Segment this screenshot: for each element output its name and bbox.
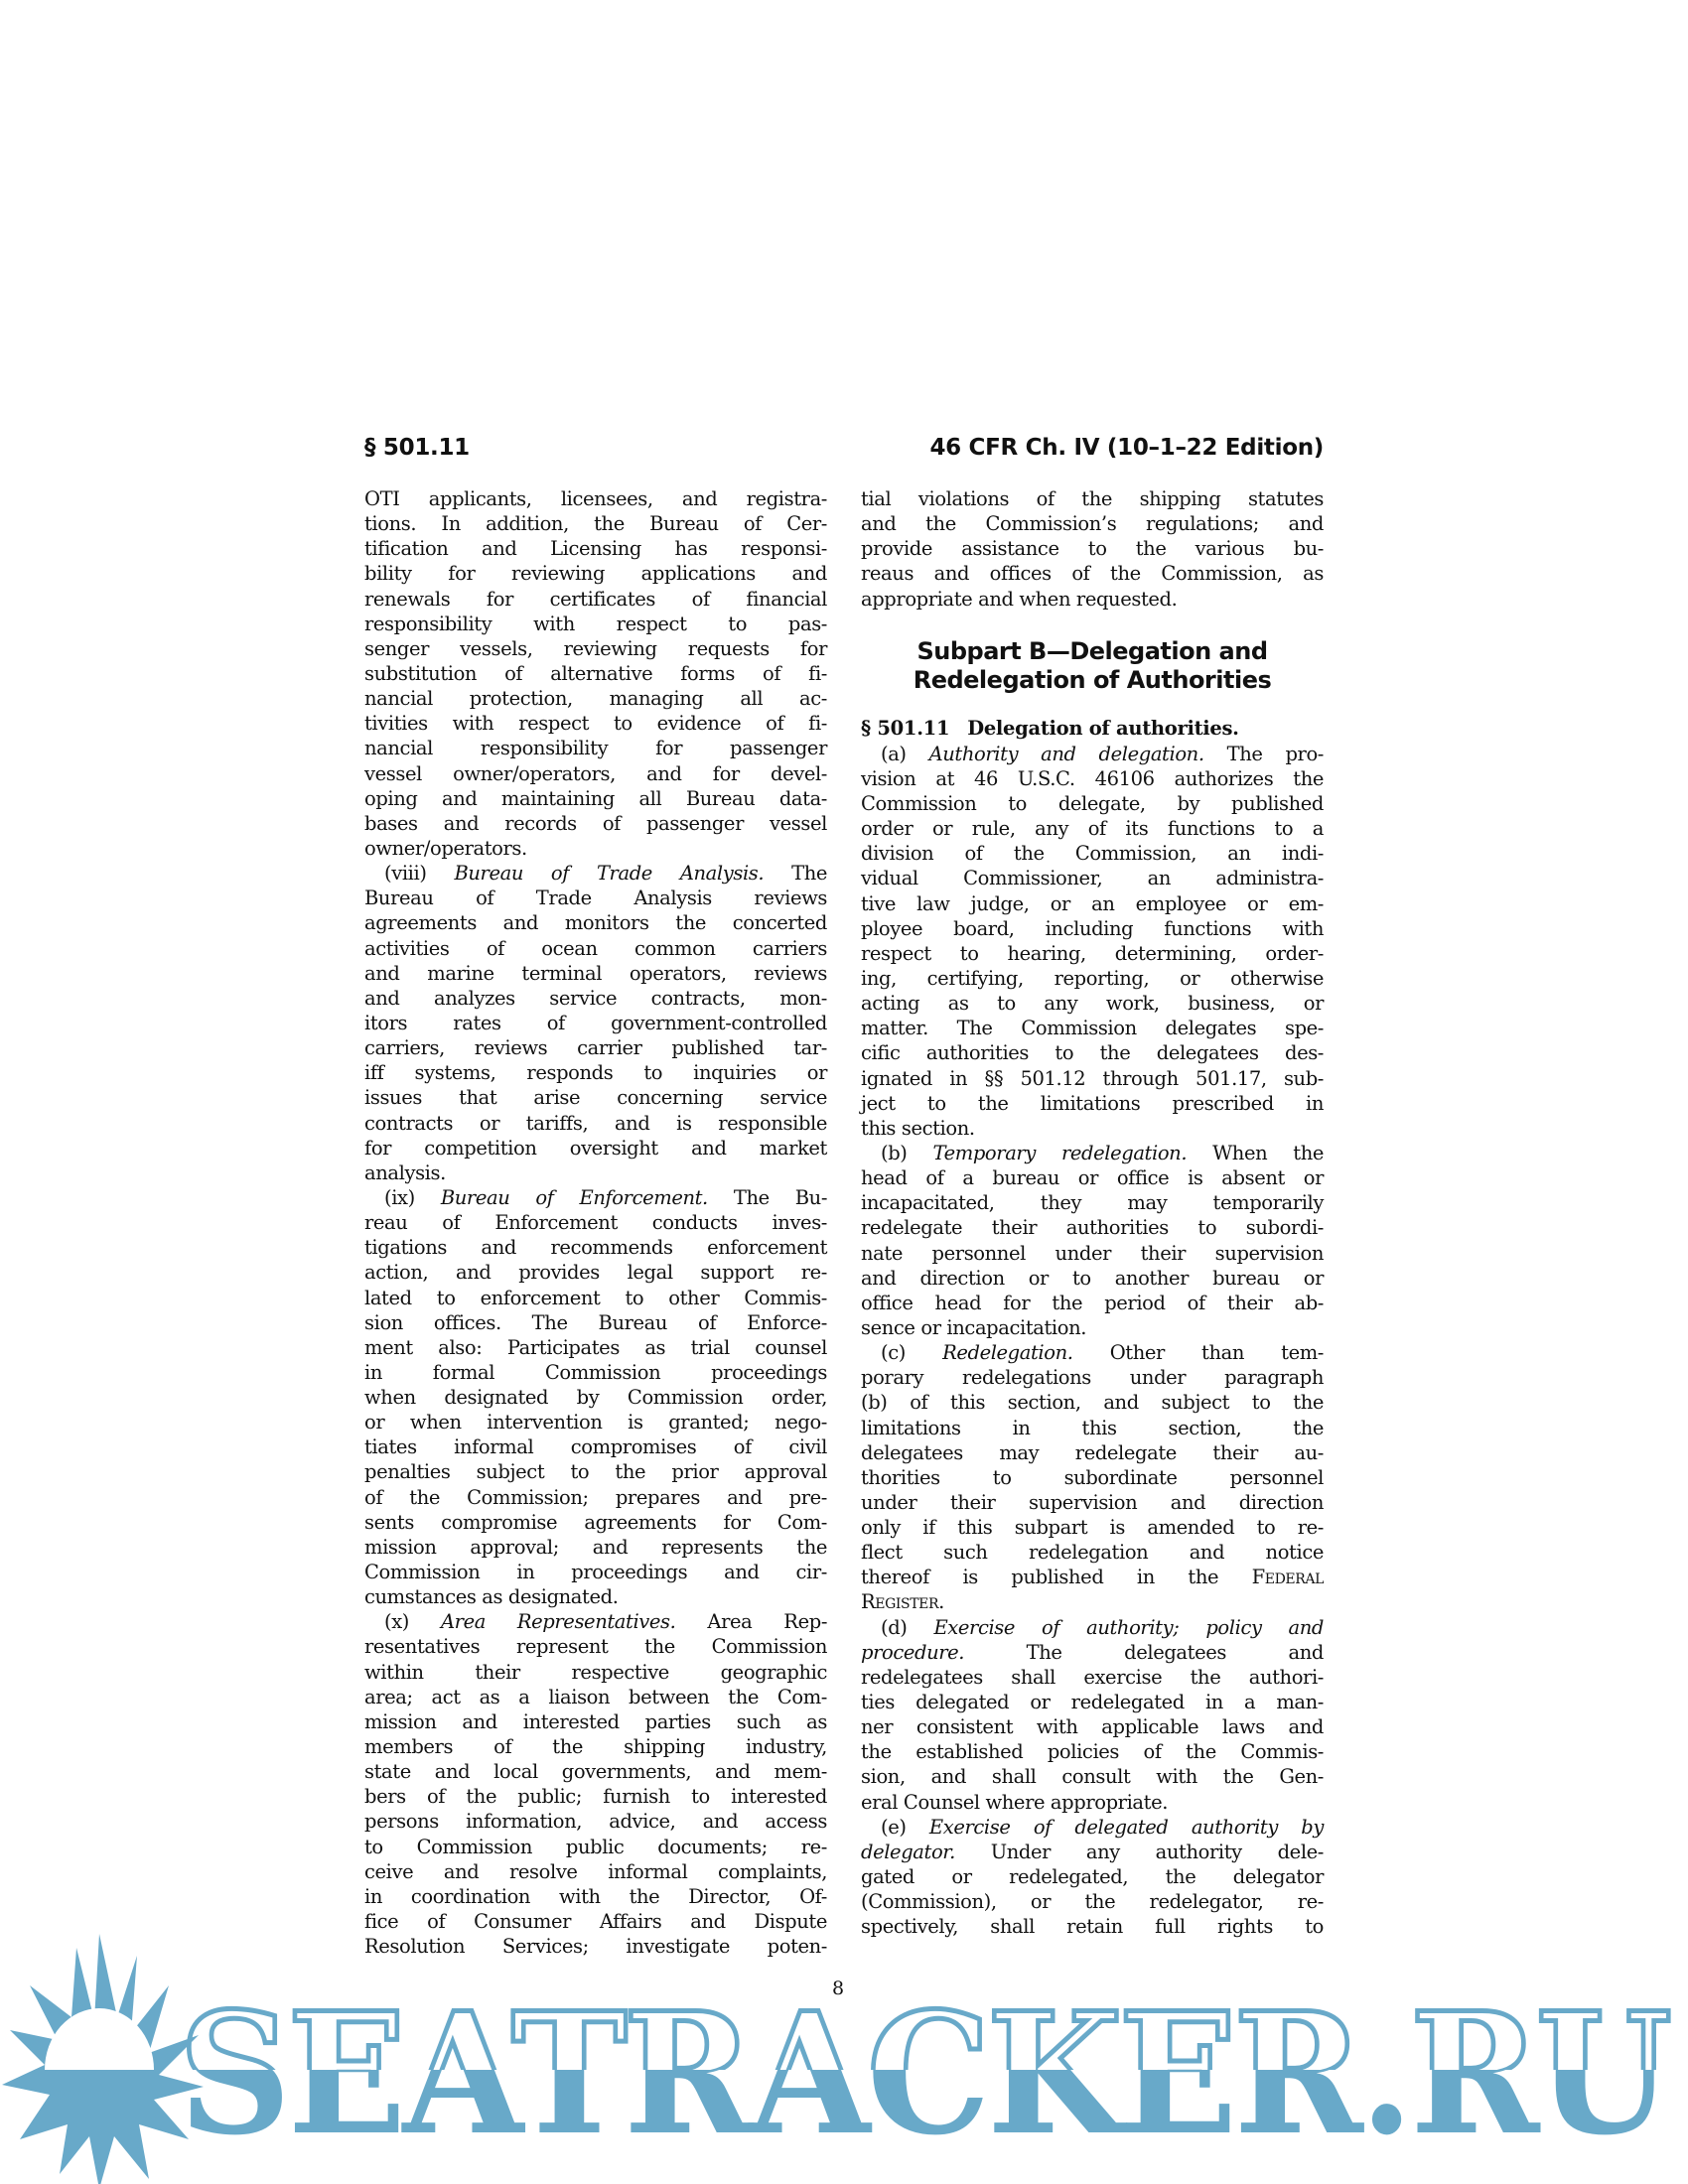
subpart-heading-line-1: Subpart B—Delegation and xyxy=(861,637,1324,666)
text-line: bility for reviewing applications and xyxy=(364,561,827,586)
line-text: acting as to any work, business, or xyxy=(861,992,1324,1015)
line-text: ment also: Participates as trial counsel xyxy=(364,1336,827,1359)
text-line: activities of ocean common carriers xyxy=(364,936,827,961)
line-text: iff systems, responds to inquiries or xyxy=(364,1061,827,1084)
line-text: delegatees may redelegate their au- xyxy=(861,1441,1324,1464)
line-text: and the Commission’s regulations; and xyxy=(861,512,1324,535)
text-line: flect such redelegation and notice xyxy=(861,1540,1324,1565)
text-line: members of the shipping industry, xyxy=(364,1734,827,1759)
text-line: tification and Licensing has responsi- xyxy=(364,536,827,561)
line-text: nancial protection, managing all ac- xyxy=(364,687,827,710)
text-line: incapacitated, they may temporarily xyxy=(861,1190,1324,1215)
line-text: bility for reviewing applications and xyxy=(364,562,827,585)
italic-heading: Authority and delegation. xyxy=(929,743,1204,765)
italic-heading: Bureau of Trade Analysis. xyxy=(454,862,764,885)
line-text: the established policies of the Commis- xyxy=(861,1740,1324,1763)
text-line: Register. xyxy=(861,1589,1324,1614)
text-line: vessel owner/operators, and for devel- xyxy=(364,761,827,786)
line-text: . xyxy=(938,1590,944,1613)
text-line: resentatives represent the Commission xyxy=(364,1634,827,1659)
line-text: reau of Enforcement conducts inves- xyxy=(364,1211,827,1234)
line-text: office head for the period of their ab- xyxy=(861,1292,1324,1314)
text-line: carriers, reviews carrier published tar- xyxy=(364,1035,827,1060)
line-text: (viii) xyxy=(384,862,454,885)
text-line: when designated by Commission order, xyxy=(364,1385,827,1410)
italic-heading: Temporary redelegation. xyxy=(933,1142,1188,1164)
italic-heading: Redelegation. xyxy=(942,1341,1073,1364)
text-line: ner consistent with applicable laws and xyxy=(861,1714,1324,1739)
text-line: (b) of this section, and subject to the xyxy=(861,1390,1324,1415)
text-line: state and local governments, and mem- xyxy=(364,1759,827,1784)
line-text: and marine terminal operators, reviews xyxy=(364,962,827,985)
line-text: (x) xyxy=(384,1610,441,1633)
small-caps-text: Federal xyxy=(1252,1566,1324,1588)
line-text: The pro- xyxy=(1204,743,1324,765)
text-line: within their respective geographic xyxy=(364,1660,827,1685)
line-text: sion, and shall consult with the Gen- xyxy=(861,1765,1324,1788)
line-text: senger vessels, reviewing requests for xyxy=(364,637,827,660)
text-line: (c) Redelegation. Other than tem- xyxy=(861,1340,1324,1365)
text-line: (d) Exercise of authority; policy and xyxy=(861,1615,1324,1640)
line-text: (c) xyxy=(881,1341,942,1364)
text-line: Commission in proceedings and cir- xyxy=(364,1560,827,1584)
line-text: redelegatees shall exercise the authori- xyxy=(861,1666,1324,1689)
line-text: analysis. xyxy=(364,1161,446,1184)
line-text: cific authorities to the delegatees des- xyxy=(861,1041,1324,1064)
line-text: and analyzes service contracts, mon- xyxy=(364,987,827,1010)
line-text: members of the shipping industry, xyxy=(364,1735,827,1758)
line-text: provide assistance to the various bu- xyxy=(861,537,1324,560)
text-line: bases and records of passenger vessel xyxy=(364,811,827,836)
line-text: (b) of this section, and subject to the xyxy=(861,1391,1324,1414)
line-text: When the xyxy=(1187,1142,1324,1164)
line-text: itors rates of government-controlled xyxy=(364,1012,827,1034)
line-text: head of a bureau or office is absent or xyxy=(861,1166,1324,1189)
text-line: office head for the period of their ab- xyxy=(861,1291,1324,1315)
text-line: contracts or tariffs, and is responsible xyxy=(364,1111,827,1136)
subpart-heading: Subpart B—Delegation and Redelegation of… xyxy=(861,637,1324,695)
text-line: in coordination with the Director, Of- xyxy=(364,1884,827,1909)
line-text: nancial responsibility for passenger xyxy=(364,737,827,759)
text-line: OTI applicants, licensees, and registra- xyxy=(364,486,827,511)
text-line: sion offices. The Bureau of Enforce- xyxy=(364,1310,827,1335)
text-line: provide assistance to the various bu- xyxy=(861,536,1324,561)
text-line: ployee board, including functions with xyxy=(861,916,1324,941)
line-text: sion offices. The Bureau of Enforce- xyxy=(364,1311,827,1334)
line-text: lated to enforcement to other Commis- xyxy=(364,1287,827,1309)
text-line: reaus and offices of the Commission, as xyxy=(861,561,1324,586)
line-text: cumstances as designated. xyxy=(364,1585,619,1608)
text-line: procedure. The delegatees and xyxy=(861,1640,1324,1665)
line-text: The delegatees and xyxy=(964,1641,1324,1664)
line-text: (b) xyxy=(881,1142,933,1164)
text-line: reau of Enforcement conducts inves- xyxy=(364,1210,827,1235)
line-text: agreements and monitors the concerted xyxy=(364,911,827,934)
text-line: ceive and resolve informal complaints, xyxy=(364,1859,827,1884)
text-line: tions. In addition, the Bureau of Cer- xyxy=(364,511,827,536)
line-text: The xyxy=(764,862,827,885)
text-line: delegator. Under any authority dele- xyxy=(861,1840,1324,1864)
line-text: area; act as a liaison between the Com- xyxy=(364,1686,827,1708)
document-page: § 501.11 46 CFR Ch. IV (10–1–22 Edition)… xyxy=(0,0,1688,2184)
text-line: thereof is published in the Federal xyxy=(861,1565,1324,1589)
running-head: § 501.11 46 CFR Ch. IV (10–1–22 Edition) xyxy=(364,435,1324,465)
text-line: ing, certifying, reporting, or otherwise xyxy=(861,966,1324,991)
text-line: oping and maintaining all Bureau data- xyxy=(364,786,827,811)
text-line: (viii) Bureau of Trade Analysis. The xyxy=(364,861,827,886)
text-line: vidual Commissioner, an administra- xyxy=(861,866,1324,890)
line-text: tification and Licensing has responsi- xyxy=(364,537,827,560)
text-line: sence or incapacitation. xyxy=(861,1315,1324,1340)
line-text: vidual Commissioner, an administra- xyxy=(861,867,1324,889)
line-text: gated or redelegated, the delegator xyxy=(861,1865,1324,1888)
section-heading: § 501.11Delegation of authorities. xyxy=(861,715,1324,742)
line-text: incapacitated, they may temporarily xyxy=(861,1191,1324,1214)
text-line: sents compromise agreements for Com- xyxy=(364,1510,827,1535)
line-text: only if this subpart is amended to re- xyxy=(861,1516,1324,1539)
text-line: tive law judge, or an employee or em- xyxy=(861,891,1324,916)
text-line: matter. The Commission delegates spe- xyxy=(861,1016,1324,1040)
text-line: the established policies of the Commis- xyxy=(861,1739,1324,1764)
line-text: redelegate their authorities to subordi- xyxy=(861,1216,1324,1239)
line-text: ner consistent with applicable laws and xyxy=(861,1715,1324,1738)
right-column-intro: tial violations of the shipping statutes… xyxy=(861,486,1324,612)
line-text: tivities with respect to evidence of fi- xyxy=(364,712,827,735)
text-line: tiates informal compromises of civil xyxy=(364,1434,827,1459)
line-text: mission approval; and represents the xyxy=(364,1536,827,1559)
line-text: persons information, advice, and access xyxy=(364,1810,827,1833)
line-text: thorities to subordinate personnel xyxy=(861,1466,1324,1489)
text-line: itors rates of government-controlled xyxy=(364,1011,827,1035)
text-line: and the Commission’s regulations; and xyxy=(861,511,1324,536)
line-text: Area Rep- xyxy=(675,1610,827,1633)
line-text: tial violations of the shipping statutes xyxy=(861,487,1324,510)
text-line: and direction or to another bureau or xyxy=(861,1266,1324,1291)
line-text: division of the Commission, an indi- xyxy=(861,842,1324,865)
line-text: (a) xyxy=(881,743,929,765)
line-text: bases and records of passenger vessel xyxy=(364,812,827,835)
italic-heading: Exercise of delegated authority by xyxy=(929,1816,1324,1839)
text-line: mission and interested parties such as xyxy=(364,1709,827,1734)
line-text: limitations in this section, the xyxy=(861,1417,1324,1439)
line-text: tive law judge, or an employee or em- xyxy=(861,892,1324,915)
line-text: matter. The Commission delegates spe- xyxy=(861,1017,1324,1039)
text-line: of the Commission; prepares and pre- xyxy=(364,1485,827,1510)
text-line: to Commission public documents; re- xyxy=(364,1835,827,1859)
right-column-body: (a) Authority and delegation. The pro-vi… xyxy=(861,742,1324,1940)
line-text: and direction or to another bureau or xyxy=(861,1267,1324,1290)
text-line: appropriate and when requested. xyxy=(861,587,1324,612)
text-line: or when intervention is granted; nego- xyxy=(364,1410,827,1434)
line-text: flect such redelegation and notice xyxy=(861,1541,1324,1564)
right-column: tial violations of the shipping statutes… xyxy=(861,486,1324,1939)
text-line: bers of the public; furnish to intereste… xyxy=(364,1784,827,1809)
line-text: Commission to delegate, by published xyxy=(861,792,1324,815)
line-text: in formal Commission proceedings xyxy=(364,1361,827,1384)
line-text: ployee board, including functions with xyxy=(861,917,1324,940)
line-text: oping and maintaining all Bureau data- xyxy=(364,787,827,810)
line-text: of the Commission; prepares and pre- xyxy=(364,1486,827,1509)
line-text: when designated by Commission order, xyxy=(364,1386,827,1409)
line-text: (e) xyxy=(881,1816,929,1839)
small-caps-text: Register xyxy=(861,1590,938,1613)
line-text: under their supervision and direction xyxy=(861,1491,1324,1514)
subpart-heading-line-2: Redelegation of Authorities xyxy=(861,666,1324,695)
line-text: ing, certifying, reporting, or otherwise xyxy=(861,967,1324,990)
text-line: respect to hearing, determining, order- xyxy=(861,941,1324,966)
line-text: The Bu- xyxy=(708,1186,827,1209)
text-line: agreements and monitors the concerted xyxy=(364,910,827,935)
text-line: cumstances as designated. xyxy=(364,1584,827,1609)
line-text: (d) xyxy=(881,1616,933,1639)
text-line: vision at 46 U.S.C. 46106 authorizes the xyxy=(861,766,1324,791)
text-line: (ix) Bureau of Enforcement. The Bu- xyxy=(364,1185,827,1210)
text-line: limitations in this section, the xyxy=(861,1416,1324,1440)
text-line: head of a bureau or office is absent or xyxy=(861,1165,1324,1190)
line-text: tiates informal compromises of civil xyxy=(364,1435,827,1458)
line-text: ties delegated or redelegated in a man- xyxy=(861,1691,1324,1713)
text-line: for competition oversight and market xyxy=(364,1136,827,1160)
text-line: (b) Temporary redelegation. When the xyxy=(861,1141,1324,1165)
line-text: in coordination with the Director, Of- xyxy=(364,1885,827,1908)
text-line: and marine terminal operators, reviews xyxy=(364,961,827,986)
line-text: sence or incapacitation. xyxy=(861,1316,1086,1339)
text-line: penalties subject to the prior approval xyxy=(364,1459,827,1484)
text-line: iff systems, responds to inquiries or xyxy=(364,1060,827,1085)
text-line: ignated in §§ 501.12 through 501.17, sub… xyxy=(861,1066,1324,1091)
line-text: nate personnel under their supervision xyxy=(861,1242,1324,1265)
text-line: ties delegated or redelegated in a man- xyxy=(861,1690,1324,1714)
line-text: to Commission public documents; re- xyxy=(364,1836,827,1858)
section-number: § 501.11 xyxy=(861,717,949,740)
text-line: area; act as a liaison between the Com- xyxy=(364,1685,827,1709)
text-line: tigations and recommends enforcement xyxy=(364,1235,827,1260)
line-text: OTI applicants, licensees, and registra- xyxy=(364,487,827,510)
line-text: thereof is published in the xyxy=(861,1566,1252,1588)
line-text: responsibility with respect to pas- xyxy=(364,613,827,635)
text-line: renewals for certificates of financial xyxy=(364,587,827,612)
text-line: action, and provides legal support re- xyxy=(364,1260,827,1285)
line-text: ceive and resolve informal complaints, xyxy=(364,1860,827,1883)
line-text: owner/operators. xyxy=(364,837,527,860)
text-line: nancial responsibility for passenger xyxy=(364,736,827,760)
text-line: senger vessels, reviewing requests for xyxy=(364,636,827,661)
line-text: ignated in §§ 501.12 through 501.17, sub… xyxy=(861,1067,1324,1090)
text-line: order or rule, any of its functions to a xyxy=(861,816,1324,841)
italic-heading: Bureau of Enforcement. xyxy=(441,1186,708,1209)
text-line: responsibility with respect to pas- xyxy=(364,612,827,636)
line-text: penalties subject to the prior approval xyxy=(364,1460,827,1483)
italic-heading: procedure. xyxy=(861,1641,964,1664)
text-line: substitution of alternative forms of fi- xyxy=(364,661,827,686)
line-text: state and local governments, and mem- xyxy=(364,1760,827,1783)
line-text: contracts or tariffs, and is responsible xyxy=(364,1112,827,1135)
line-text: Commission in proceedings and cir- xyxy=(364,1561,827,1583)
line-text: action, and provides legal support re- xyxy=(364,1261,827,1284)
line-text: respect to hearing, determining, order- xyxy=(861,942,1324,965)
text-line: thorities to subordinate personnel xyxy=(861,1465,1324,1490)
line-text: Under any authority dele- xyxy=(955,1841,1324,1863)
text-line: nate personnel under their supervision xyxy=(861,1241,1324,1266)
line-text: activities of ocean common carriers xyxy=(364,937,827,960)
line-text: this section. xyxy=(861,1117,975,1140)
text-line: cific authorities to the delegatees des- xyxy=(861,1040,1324,1065)
line-text: or when intervention is granted; nego- xyxy=(364,1411,827,1433)
italic-heading: Area Representatives. xyxy=(441,1610,675,1633)
line-text: tigations and recommends enforcement xyxy=(364,1236,827,1259)
header-title: 46 CFR Ch. IV (10–1–22 Edition) xyxy=(929,435,1324,461)
line-text: substitution of alternative forms of fi- xyxy=(364,662,827,685)
text-line: porary redelegations under paragraph xyxy=(861,1365,1324,1390)
text-line: (Commission), or the redelegator, re- xyxy=(861,1889,1324,1914)
line-text: resentatives represent the Commission xyxy=(364,1635,827,1658)
italic-heading: Exercise of authority; policy and xyxy=(933,1616,1324,1639)
line-text: (Commission), or the redelegator, re- xyxy=(861,1890,1324,1913)
line-text: eral Counsel where appropriate. xyxy=(861,1791,1168,1814)
seatracker-watermark: SEATRACKER.RU SEATRACKER.RU xyxy=(0,1926,1688,2184)
text-line: delegatees may redelegate their au- xyxy=(861,1440,1324,1465)
line-text: order or rule, any of its functions to a xyxy=(861,817,1324,840)
line-text: appropriate and when requested. xyxy=(861,588,1177,611)
text-line: (a) Authority and delegation. The pro- xyxy=(861,742,1324,766)
text-line: lated to enforcement to other Commis- xyxy=(364,1286,827,1310)
text-line: owner/operators. xyxy=(364,836,827,861)
line-text: vision at 46 U.S.C. 46106 authorizes the xyxy=(861,767,1324,790)
line-text: mission and interested parties such as xyxy=(364,1710,827,1733)
text-line: nancial protection, managing all ac- xyxy=(364,686,827,711)
line-text: reaus and offices of the Commission, as xyxy=(861,562,1324,585)
line-text: vessel owner/operators, and for devel- xyxy=(364,762,827,785)
line-text: porary redelegations under paragraph xyxy=(861,1366,1324,1389)
text-line: Bureau of Trade Analysis reviews xyxy=(364,886,827,910)
text-line: tial violations of the shipping statutes xyxy=(861,486,1324,511)
text-line: in formal Commission proceedings xyxy=(364,1360,827,1385)
text-line: only if this subpart is amended to re- xyxy=(861,1515,1324,1540)
line-text: Bureau of Trade Analysis reviews xyxy=(364,887,827,909)
text-line: acting as to any work, business, or xyxy=(861,991,1324,1016)
text-line: sion, and shall consult with the Gen- xyxy=(861,1764,1324,1789)
left-column: OTI applicants, licensees, and registra-… xyxy=(364,486,827,1959)
text-line: division of the Commission, an indi- xyxy=(861,841,1324,866)
line-text: carriers, reviews carrier published tar- xyxy=(364,1036,827,1059)
text-line: redelegate their authorities to subordi- xyxy=(861,1215,1324,1240)
line-text: renewals for certificates of financial xyxy=(364,588,827,611)
text-line: ject to the limitations prescribed in xyxy=(861,1091,1324,1116)
text-line: gated or redelegated, the delegator xyxy=(861,1864,1324,1889)
text-line: mission approval; and represents the xyxy=(364,1535,827,1560)
line-text: issues that arise concerning service xyxy=(364,1086,827,1109)
section-title: Delegation of authorities. xyxy=(967,717,1238,740)
text-line: issues that arise concerning service xyxy=(364,1085,827,1110)
text-line: this section. xyxy=(861,1116,1324,1141)
sun-logo-icon xyxy=(2,1934,204,2184)
line-text: for competition oversight and market xyxy=(364,1137,827,1160)
line-text: sents compromise agreements for Com- xyxy=(364,1511,827,1534)
line-text: ject to the limitations prescribed in xyxy=(861,1092,1324,1115)
header-section-ref: § 501.11 xyxy=(364,435,470,461)
line-text: bers of the public; furnish to intereste… xyxy=(364,1785,827,1808)
line-text: tions. In addition, the Bureau of Cer- xyxy=(364,512,827,535)
text-line: and analyzes service contracts, mon- xyxy=(364,986,827,1011)
text-line: under their supervision and direction xyxy=(861,1490,1324,1515)
text-line: redelegatees shall exercise the authori- xyxy=(861,1665,1324,1690)
text-line: Commission to delegate, by published xyxy=(861,791,1324,816)
text-line: analysis. xyxy=(364,1160,827,1185)
text-line: ment also: Participates as trial counsel xyxy=(364,1335,827,1360)
line-text: Other than tem- xyxy=(1073,1341,1324,1364)
text-line: (x) Area Representatives. Area Rep- xyxy=(364,1609,827,1634)
text-line: tivities with respect to evidence of fi- xyxy=(364,711,827,736)
line-text: within their respective geographic xyxy=(364,1661,827,1684)
line-text: (ix) xyxy=(384,1186,441,1209)
text-line: (e) Exercise of delegated authority by xyxy=(861,1815,1324,1840)
italic-heading: delegator. xyxy=(861,1841,955,1863)
text-line: eral Counsel where appropriate. xyxy=(861,1790,1324,1815)
text-line: persons information, advice, and access xyxy=(364,1809,827,1834)
